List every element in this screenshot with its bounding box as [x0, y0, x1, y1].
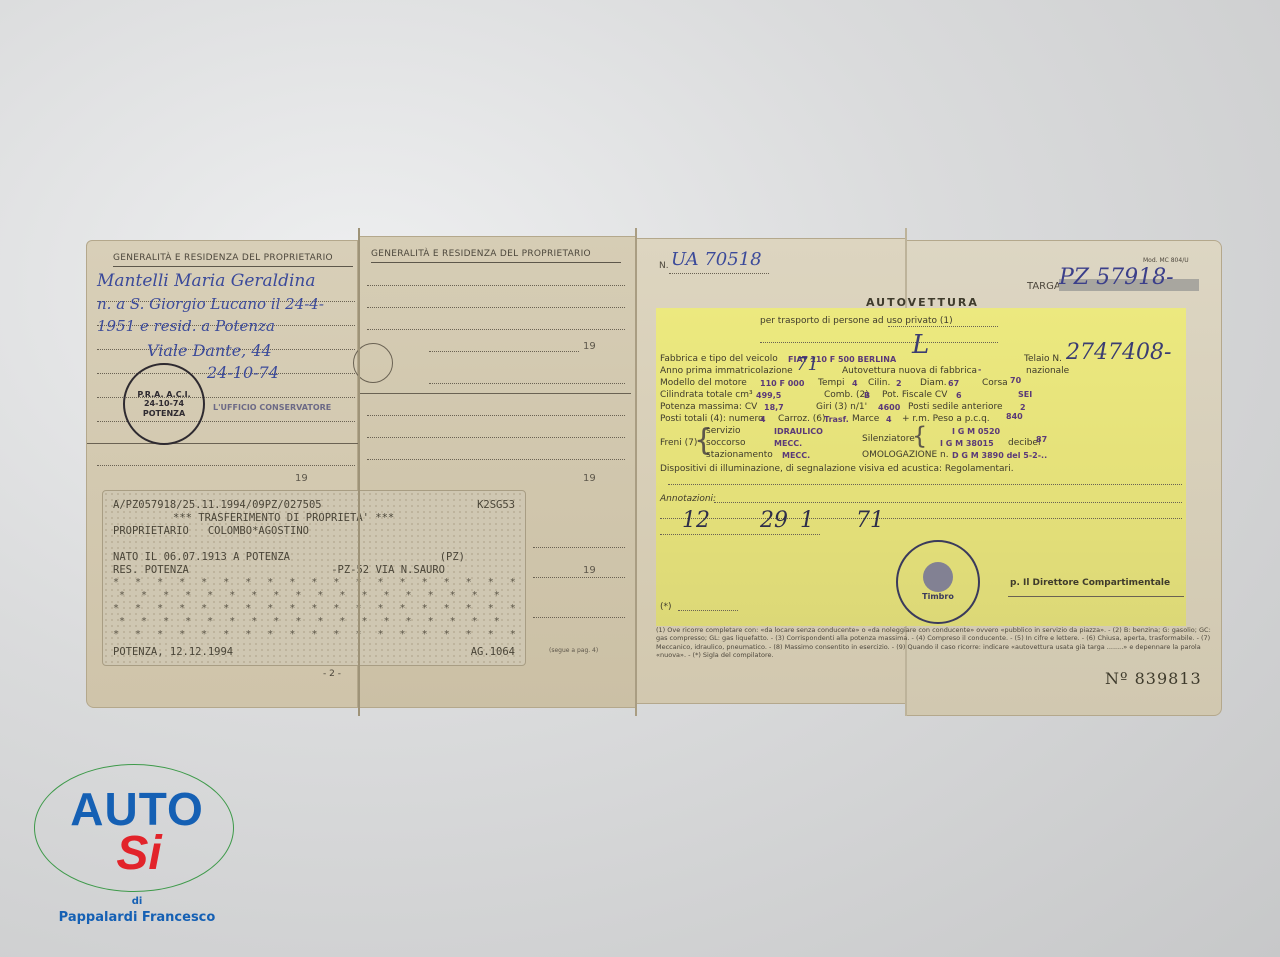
owner-header: GENERALITÀ E RESIDENZA DEL PROPRIETARIO	[113, 253, 353, 267]
annot-year: 71	[856, 508, 884, 533]
page-number-2: - 2 -	[323, 669, 341, 679]
label-silenziatore: Silenziatore	[862, 434, 915, 444]
handwritten-line-4: Viale Dante, 44	[147, 341, 272, 360]
slip-address: -PZ-52 VIA N.SAURO	[331, 564, 445, 577]
label-servizio: servizio	[706, 426, 740, 436]
value-tempi: 4	[852, 379, 858, 388]
value-decibel: 87	[1036, 435, 1047, 444]
vehicle-form: per trasporto di persone ad uso privato …	[656, 308, 1186, 626]
value-omologazione: D G M 3890 del 5-2-..	[952, 451, 1047, 460]
pra-stamp: P.R.A. A.C.I. 24-10-74 POTENZA	[123, 363, 205, 445]
continue-note: (segue a pag. 4)	[549, 647, 598, 654]
label-stazionamento: stazionamento	[706, 450, 773, 460]
dispositivi-text: Dispositivi di illuminazione, di segnala…	[660, 464, 1014, 474]
value-corsa: 70	[1010, 376, 1021, 385]
number-label: N.	[659, 261, 669, 271]
handwritten-line-2: n. a S. Giorgio Lucano il 24-4-	[97, 295, 324, 313]
slip-owner-label: PROPRIETARIO	[113, 525, 189, 537]
label-potfisc: Pot. Fiscale CV	[882, 390, 947, 400]
value-peso: 840	[1006, 412, 1023, 421]
label-annotazioni: Annotazioni:	[660, 494, 716, 504]
logo-di-text: di	[34, 896, 240, 907]
handwritten-date: 24-10-74	[207, 363, 279, 382]
slip-stars: * * * * * * * * * * * * * * * * * * * * …	[113, 603, 515, 616]
value-motore: 110 F 000	[760, 379, 804, 388]
owner-header-2: GENERALITÀ E RESIDENZA DEL PROPRIETARIO	[371, 249, 621, 263]
slip-birth: NATO IL 06.07.1913 A POTENZA	[113, 551, 290, 564]
serial-label: Nº	[1105, 669, 1129, 688]
stamp-caption: L'UFFICIO CONSERVATORE	[213, 403, 331, 412]
footnotes: (1) Ove ricorre completare con: «da loca…	[656, 626, 1216, 660]
value-telaio: 2747408-	[1066, 340, 1171, 365]
value-carroz: Trasf.	[824, 415, 849, 424]
label-freni: Freni (7)	[660, 438, 697, 448]
label-tempi: Tempi	[818, 378, 845, 388]
booklet-fold	[635, 228, 637, 716]
logo-owner-name: Pappalardi Francesco	[34, 910, 240, 925]
label-cilin: Cilin.	[868, 378, 890, 388]
label-posti-ant: Posti sedile anteriore	[908, 402, 1003, 412]
office-stamp: Timbro	[896, 540, 980, 624]
registration-booklet: GENERALITÀ E RESIDENZA DEL PROPRIETARIO …	[86, 228, 1238, 716]
value-stazionamento: MECC.	[782, 451, 810, 460]
serial-value: 839813	[1135, 669, 1202, 688]
year-prefix: 19	[295, 473, 308, 484]
label-nazionale: nazionale	[1026, 366, 1069, 376]
targa-label: TARGA	[1027, 281, 1061, 292]
value-giri: 4600	[878, 403, 900, 412]
annot-sep: 1	[800, 508, 814, 533]
label-giri: Giri (3) n/1'	[816, 402, 867, 412]
value-potfisc: 6	[956, 391, 962, 400]
label-carroz: Carroz. (6)	[778, 414, 826, 424]
handwritten-line-1: Mantelli Maria Geraldina	[97, 271, 316, 291]
value-nuova: -	[978, 365, 981, 374]
slip-place-date: POTENZA, 12.12.1994	[113, 646, 233, 659]
label-telaio: Telaio N.	[1024, 354, 1062, 364]
stamp-pra: P.R.A. A.C.I.	[137, 390, 190, 400]
value-posti-tot: 4	[760, 415, 766, 424]
year-prefix-3: 19	[583, 473, 596, 484]
year-prefix-4: 19	[583, 565, 596, 576]
value-potenza: 18,7	[764, 403, 784, 412]
value-silenziatore-2: I G M 38015	[940, 439, 994, 448]
slip-code: K2SG53	[477, 499, 515, 512]
slip-province: (PZ)	[440, 551, 465, 564]
stamp-city: POTENZA	[143, 409, 185, 419]
stamp-timbro: Timbro	[922, 592, 954, 602]
label-nuova: Autovettura nuova di fabbrica	[842, 366, 977, 376]
serial-number: Nº 839813	[1105, 669, 1202, 688]
label-fabbrica: Fabbrica e tipo del veicolo	[660, 354, 778, 364]
value-cilindrata: 499,5	[756, 391, 781, 400]
value-marce: 4	[886, 415, 892, 424]
value-posti-ant: 2	[1020, 403, 1026, 412]
subtitle: per trasporto di persone ad uso privato …	[760, 316, 953, 326]
slip-stars: * * * * * * * * * * * * * * * * * * * * …	[113, 629, 515, 642]
slip-title: *** TRASFERIMENTO DI PROPRIETA' ***	[173, 512, 394, 525]
director-label: p. Il Direttore Compartimentale	[1010, 578, 1170, 588]
label-motore: Modello del motore	[660, 378, 747, 388]
slip-stars: * * * * * * * * * * * * * * * * * * * * …	[113, 577, 515, 590]
handwritten-line-3: 1951 e resid. a Potenza	[97, 317, 275, 335]
label-potenza: Potenza massima: CV	[660, 402, 757, 412]
value-cilin: 2	[896, 379, 902, 388]
value-servizio: IDRAULICO	[774, 427, 823, 436]
value-diam: 67	[948, 379, 959, 388]
year-prefix-2: 19	[583, 341, 596, 352]
annot-day: 12	[682, 508, 710, 533]
annot-month: 29	[760, 508, 788, 533]
model-code: Mod. MC 804/U	[1143, 257, 1189, 264]
booklet-number: UA 70518	[671, 249, 762, 270]
label-omologazione: OMOLOGAZIONE n.	[862, 450, 949, 460]
value-potfisc-words: SEI	[1018, 390, 1032, 399]
label-anno: Anno prima immatricolazione	[660, 366, 793, 376]
label-diam: Diam.	[920, 378, 947, 388]
label-marce: Marce	[852, 414, 879, 424]
slip-ref: A/PZ057918/25.11.1994/09PZ/027505	[113, 499, 322, 512]
value-soccorso: MECC.	[774, 439, 802, 448]
slip-stars: * * * * * * * * * * * * * * * * * * * * …	[113, 590, 515, 603]
value-silenziatore-1: I G M 0520	[952, 427, 1000, 436]
value-anno: 71	[796, 354, 819, 375]
label-corsa: Corsa	[982, 378, 1008, 388]
slip-owner-name: COLOMBO*AGOSTINO	[208, 525, 309, 537]
label-comb: Comb. (2)	[824, 390, 869, 400]
targa-value: PZ 57918-	[1059, 265, 1174, 290]
slip-residence: RES. POTENZA	[113, 564, 189, 577]
slip-agency: AG.1064	[471, 646, 515, 659]
page-fold-left	[358, 228, 360, 716]
transfer-slip: A/PZ057918/25.11.1994/09PZ/027505K2SG53 …	[102, 490, 526, 666]
label-cilindrata: Cilindrata totale cm³	[660, 390, 753, 400]
value-comb: B	[864, 391, 870, 400]
stamp-date: 24-10-74	[144, 399, 184, 409]
auto-si-logo: AUTO Si di Pappalardi Francesco	[34, 764, 240, 938]
slip-stars: * * * * * * * * * * * * * * * * * * * * …	[113, 616, 515, 629]
label-soccorso: soccorso	[706, 438, 746, 448]
logo-si-text: Si	[94, 826, 184, 881]
